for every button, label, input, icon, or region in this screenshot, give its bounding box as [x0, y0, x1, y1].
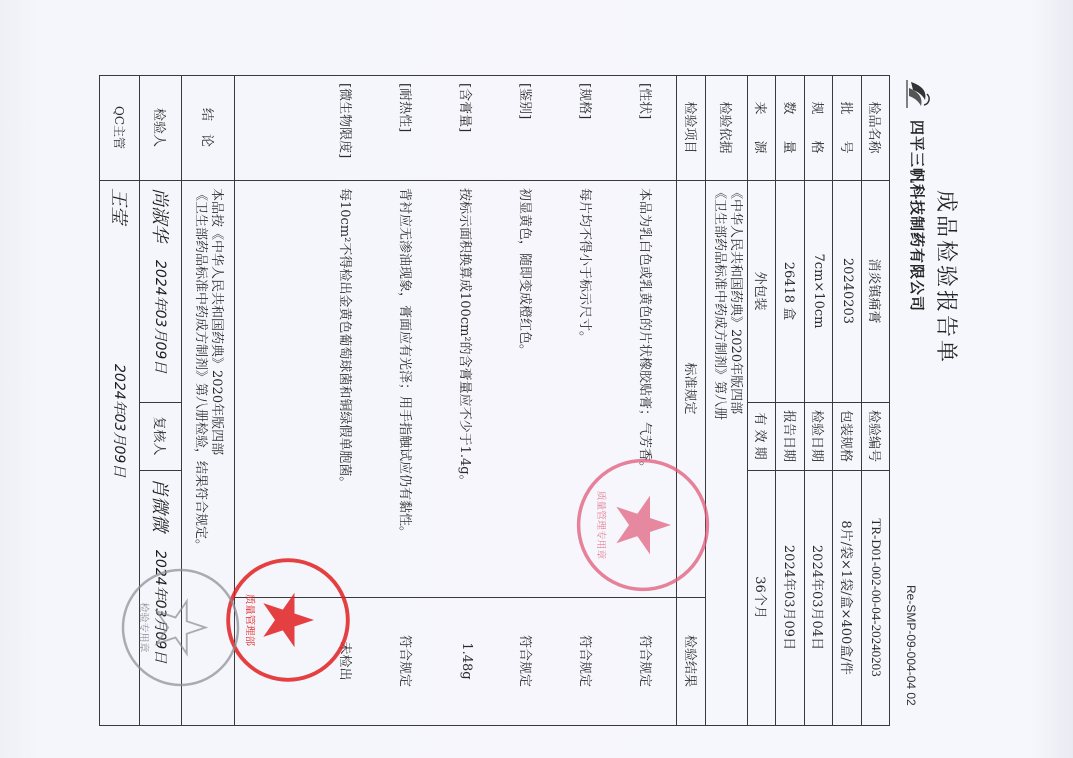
- inspector-signature: 尚淑华: [148, 188, 174, 242]
- label-reviewer: 复核人: [140, 402, 182, 470]
- item-name: [性状]: [617, 75, 677, 180]
- item-result: 符合规定: [377, 597, 437, 725]
- basis-line-2: 《卫生部药品标准中药成方制剂》第八册: [711, 186, 727, 420]
- reviewer-signature: 肖微微: [148, 478, 174, 532]
- conclusion-line-1: 本品按《中华人民共和国药典》2020年版四部: [209, 188, 225, 455]
- item-standard: 初显黄色，随即变成橙红色。: [497, 180, 557, 597]
- label-source: 来 源: [748, 75, 776, 180]
- label-basis: 检验依据: [706, 75, 748, 180]
- label-report-date: 报告日期: [776, 402, 805, 470]
- label-product-name: 检品名称: [862, 75, 890, 180]
- qc-signature-block: 王莹 2024年03月09日: [100, 180, 140, 725]
- source: 外包装: [748, 180, 776, 402]
- item-standard: 背衬应无渗油现象，膏面应有光泽；用手指触试应仍有黏性。: [377, 180, 437, 597]
- item-result: 符合规定: [617, 597, 677, 725]
- item-name: [鉴别]: [497, 75, 557, 180]
- item-standard: 按标示面积换算成100cm²的含膏量应不少于1.4g。: [437, 180, 497, 597]
- qc-date: 2024年03月09日: [110, 364, 130, 477]
- validity: 36个月: [748, 470, 776, 725]
- label-validity: 有 效 期: [748, 402, 776, 470]
- conclusion-line-2: 《卫生部药品标准中药成方制剂》第八册检验，结果符合规定。: [193, 188, 209, 552]
- conclusion-text: 本品按《中华人民共和国药典》2020年版四部 《卫生部药品标准中药成方制剂》第八…: [182, 180, 235, 733]
- item-name: [规格]: [557, 75, 617, 180]
- item-standard: 本品为乳白色或乳黄色的片状橡胶贴膏；气芳香。: [617, 180, 677, 597]
- company-logo-icon: [903, 78, 933, 110]
- reviewer-signature-block: 肖微微 2024年03月09日: [140, 470, 182, 725]
- item-result: 符合规定: [557, 597, 617, 725]
- test-date: 2024年03月04日: [805, 470, 833, 725]
- item-standard: 每10cm²不得检出金黄色葡萄球菌和铜绿假单胞菌。: [317, 180, 377, 597]
- label-test-no: 检验编号: [862, 402, 890, 470]
- inspection-report-page: 四平三帆科技制药有限公司 成品检验报告单 Re-SMP-09-004-04 02…: [0, 0, 1073, 758]
- inspector-signature-block: 尚淑华 2024年03月09日: [140, 180, 182, 402]
- basis-line-1: 《中华人民共和国药典》2020年版四部: [727, 186, 743, 414]
- item-standard: 每片均不得小于标示尺寸。: [557, 180, 617, 597]
- label-quantity: 数 量: [776, 75, 805, 180]
- header-result: 检验结果: [677, 597, 706, 725]
- test-basis: 《中华人民共和国药典》2020年版四部 《卫生部药品标准中药成方制剂》第八册: [706, 180, 748, 731]
- pack-spec: 8片/袋×1袋/盒×400盒/件: [833, 470, 862, 725]
- product-name: 消炎镇痛膏: [862, 180, 890, 402]
- item-result: 符合规定: [497, 597, 557, 725]
- label-pack-spec: 包装规格: [833, 402, 862, 470]
- header-standard: 标准规定: [677, 180, 706, 597]
- item-result: 1.48g: [437, 597, 497, 725]
- report-date: 2024年03月09日: [776, 470, 805, 725]
- reviewer-date: 2024年03月09日: [151, 550, 171, 663]
- document-title: 成品检验报告单: [932, 190, 963, 450]
- item-name: [含膏量]: [437, 75, 497, 180]
- company-header: 四平三帆科技制药有限公司: [903, 78, 933, 312]
- label-test-date: 检验日期: [805, 402, 833, 470]
- inspector-date: 2024年03月09日: [151, 260, 171, 373]
- quantity: 26418 盒: [776, 180, 805, 402]
- header-item: 检验项目: [677, 75, 706, 180]
- test-number: TR-D01-002-00-04-20240203: [862, 470, 890, 725]
- label-spec: 规 格: [805, 75, 833, 180]
- company-name: 四平三帆科技制药有限公司: [908, 120, 929, 312]
- qc-signature: 王莹: [107, 188, 133, 224]
- item-result: 未检出: [317, 597, 377, 725]
- item-name: [耐热性]: [377, 75, 437, 180]
- label-qc-manager: QC主管: [100, 75, 140, 180]
- document-code: Re-SMP-09-004-04 02: [904, 585, 918, 706]
- label-inspector: 检验人: [140, 75, 182, 180]
- svg-text:质量管理部: 质量管理部: [243, 594, 256, 647]
- batch-number: 20240203: [833, 180, 862, 402]
- spec: 7cm×10cm: [805, 180, 833, 402]
- label-conclusion: 结 论: [182, 75, 235, 180]
- item-name: [微生物限度]: [317, 75, 377, 180]
- label-batch: 批 号: [833, 75, 862, 180]
